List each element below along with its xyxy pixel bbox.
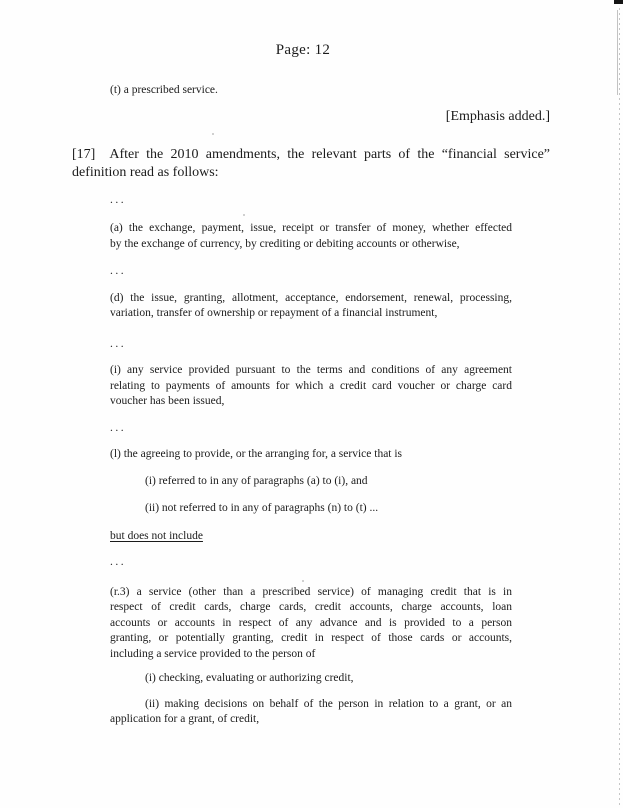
subparagraph-line: (i) checking, evaluating or authorizing … — [110, 671, 512, 687]
subparagraph-l-ii: (ii) not referred to in any of paragraph… — [110, 501, 512, 517]
quote-line: granting, or potentially granting, credi… — [110, 631, 512, 647]
ellipsis: ... — [110, 421, 512, 437]
quote-line: including a service provided to the pers… — [110, 647, 512, 663]
quote-line: (t) a prescribed service. — [110, 83, 512, 99]
paragraph-17-line-2: definition read as follows: — [72, 164, 550, 182]
quote-line: accounts or accounts in respect of any a… — [110, 616, 512, 632]
quote-paragraph-r3: (r.3) a service (other than a prescribed… — [110, 585, 512, 663]
ellipsis-line: ... — [110, 421, 512, 437]
quote-line: by the exchange of currency, by creditin… — [110, 237, 512, 253]
scan-edge-solid-line — [617, 10, 618, 95]
exclusion-heading-block: but does not include — [110, 529, 512, 545]
quote-line: (l) the agreeing to provide, or the arra… — [110, 447, 512, 463]
paragraph-17: [17]After the 2010 amendments, the relev… — [72, 146, 550, 182]
scan-corner-mark — [614, 0, 623, 4]
ellipsis: ... — [110, 555, 512, 571]
scan-speck — [302, 580, 304, 582]
paragraph-17-line-1: [17]After the 2010 amendments, the relev… — [72, 146, 550, 164]
ellipsis: ... — [110, 337, 512, 353]
scan-speck — [212, 133, 214, 135]
quote-paragraph-d: (d) the issue, granting, allotment, acce… — [110, 291, 512, 322]
paragraph-number: [17] — [72, 147, 95, 162]
quote-line: relating to payments of amounts for whic… — [110, 379, 512, 395]
subparagraph-line: application for a grant, of credit, — [110, 712, 512, 728]
quote-line: (i) any service provided pursuant to the… — [110, 363, 512, 379]
quote-paragraph-a: (a) the exchange, payment, issue, receip… — [110, 221, 512, 252]
quote-line: respect of credit cards, charge cards, c… — [110, 600, 512, 616]
quote-line: (d) the issue, granting, allotment, acce… — [110, 291, 512, 307]
quote-paragraph-i: (i) any service provided pursuant to the… — [110, 363, 512, 410]
quote-line: (a) the exchange, payment, issue, receip… — [110, 221, 512, 237]
ellipsis-line: ... — [110, 337, 512, 353]
quote-line: (r.3) a service (other than a prescribed… — [110, 585, 512, 601]
quote-paragraph-t: (t) a prescribed service. — [110, 83, 512, 99]
subparagraph-l-i: (i) referred to in any of paragraphs (a)… — [110, 474, 512, 490]
page-number-header: Page: 12 — [64, 40, 542, 60]
scan-speck — [243, 214, 245, 216]
quote-paragraph-l: (l) the agreeing to provide, or the arra… — [110, 447, 512, 463]
subparagraph-line: (ii) making decisions on behalf of the p… — [110, 697, 512, 713]
ellipsis-line: ... — [110, 264, 512, 280]
emphasis-note: [Emphasis added.] — [72, 108, 550, 126]
subparagraph-r3-i: (i) checking, evaluating or authorizing … — [110, 671, 512, 687]
quote-line: variation, transfer of ownership or repa… — [110, 306, 512, 322]
paragraph-text: After the 2010 amendments, the relevant … — [109, 147, 550, 162]
ellipsis: ... — [110, 264, 512, 280]
underlined-text: but does not include — [110, 530, 203, 542]
exclusion-heading: but does not include — [110, 529, 512, 545]
subparagraph-line: (ii) not referred to in any of paragraph… — [110, 501, 512, 517]
ellipsis: ... — [110, 193, 512, 209]
ellipsis-line: ... — [110, 193, 512, 209]
document-page: Page: 12 (t) a prescribed service. [Emph… — [0, 0, 623, 808]
ellipsis-line: ... — [110, 555, 512, 571]
quote-line: voucher has been issued, — [110, 394, 512, 410]
scan-edge-dotted-line — [619, 8, 620, 808]
subparagraph-r3-ii: (ii) making decisions on behalf of the p… — [110, 697, 512, 728]
subparagraph-line: (i) referred to in any of paragraphs (a)… — [110, 474, 512, 490]
